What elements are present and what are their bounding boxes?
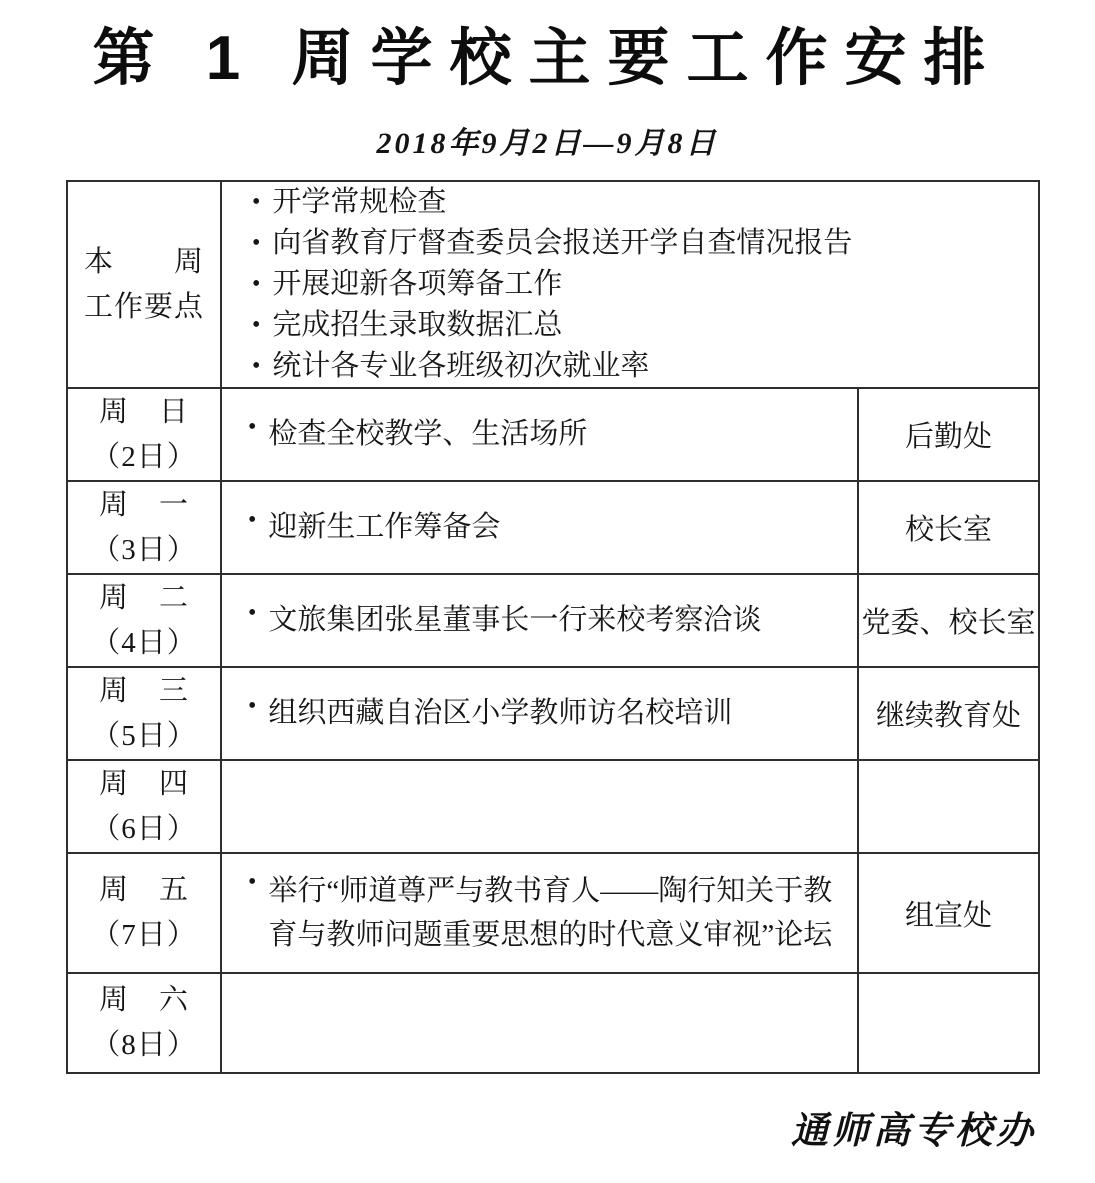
bullet-icon: • <box>252 264 260 305</box>
day-row-saturday: 周 六 （8日） <box>68 972 1038 1072</box>
day-row-monday: 周 一 （3日） • 迎新生工作筹备会 校长室 <box>68 480 1038 573</box>
summary-label-cell: 本 周 工作要点 <box>68 182 222 387</box>
tasks-cell: • 迎新生工作筹备会 <box>222 482 857 573</box>
bullet-icon: • <box>248 600 256 627</box>
summary-item: • 开展迎新各项筹备工作 <box>252 264 1026 305</box>
department-cell: 党委、校长室 <box>857 575 1038 666</box>
day-row-sunday: 周 日 （2日） • 检查全校教学、生活场所 后勤处 <box>68 387 1038 480</box>
bullet-icon: • <box>252 305 260 346</box>
schedule-table: 本 周 工作要点 • 开学常规检查 • 向省教育厅督查委员会报送开学自查情况报告… <box>66 180 1040 1074</box>
bullet-icon: • <box>252 182 260 223</box>
summary-tasks-cell: • 开学常规检查 • 向省教育厅督查委员会报送开学自查情况报告 • 开展迎新各项… <box>222 182 1038 387</box>
bullet-icon: • <box>248 693 256 720</box>
department-cell <box>857 974 1038 1072</box>
department-cell: 组宣处 <box>857 854 1038 972</box>
day-date: （4日） <box>91 621 197 666</box>
department-cell: 校长室 <box>857 482 1038 573</box>
task-item: • 检查全校教学、生活场所 <box>248 414 845 455</box>
summary-item: • 开学常规检查 <box>252 182 1026 223</box>
day-row-tuesday: 周 二 （4日） • 文旅集团张星董事长一行来校考察洽谈 党委、校长室 <box>68 573 1038 666</box>
day-cell: 周 三 （5日） <box>68 668 222 759</box>
bullet-icon: • <box>248 507 256 534</box>
bullet-icon: • <box>252 346 260 387</box>
day-name: 周 六 <box>99 978 189 1023</box>
department-cell: 继续教育处 <box>857 668 1038 759</box>
task-item: • 文旅集团张星董事长一行来校考察洽谈 <box>248 600 845 641</box>
tasks-cell: • 文旅集团张星董事长一行来校考察洽谈 <box>222 575 857 666</box>
task-text: 文旅集团张星董事长一行来校考察洽谈 <box>268 600 845 641</box>
bullet-icon: • <box>248 869 256 896</box>
day-name: 周 五 <box>99 868 189 913</box>
day-row-friday: 周 五 （7日） • 举行“师道尊严与教书育人——陶行知关于教育与教师问题重要思… <box>68 852 1038 972</box>
department-cell <box>857 761 1038 852</box>
page-title: 第 1 周学校主要工作安排 <box>0 0 1095 98</box>
day-date: （8日） <box>91 1023 197 1068</box>
day-cell: 周 六 （8日） <box>68 974 222 1072</box>
summary-item-text: 开展迎新各项筹备工作 <box>272 264 1026 305</box>
summary-item-text: 完成招生录取数据汇总 <box>272 305 1026 346</box>
summary-item: • 统计各专业各班级初次就业率 <box>252 346 1026 387</box>
day-date: （7日） <box>91 913 197 958</box>
day-cell: 周 二 （4日） <box>68 575 222 666</box>
tasks-cell <box>222 761 857 852</box>
issuer-signature: 通师高专校办 <box>0 1100 1095 1154</box>
day-cell: 周 五 （7日） <box>68 854 222 972</box>
day-name: 周 二 <box>99 576 189 621</box>
day-name: 周 四 <box>99 762 189 807</box>
summary-item-text: 开学常规检查 <box>272 182 1026 223</box>
department-cell: 后勤处 <box>857 389 1038 480</box>
tasks-cell: • 检查全校教学、生活场所 <box>222 389 857 480</box>
document-page: 第 1 周学校主要工作安排 2018年9月2日—9月8日 本 周 工作要点 • … <box>0 0 1095 1183</box>
tasks-cell: • 举行“师道尊严与教书育人——陶行知关于教育与教师问题重要思想的时代意义审视”… <box>222 854 857 972</box>
day-row-thursday: 周 四 （6日） <box>68 759 1038 852</box>
summary-label-line1: 本 周 <box>84 240 204 285</box>
day-cell: 周 日 （2日） <box>68 389 222 480</box>
date-range: 2018年9月2日—9月8日 <box>0 124 1095 164</box>
task-item: • 组织西藏自治区小学教师访名校培训 <box>248 693 845 734</box>
day-cell: 周 一 （3日） <box>68 482 222 573</box>
summary-row: 本 周 工作要点 • 开学常规检查 • 向省教育厅督查委员会报送开学自查情况报告… <box>68 182 1038 387</box>
task-text: 迎新生工作筹备会 <box>268 507 845 548</box>
day-date: （6日） <box>91 807 197 852</box>
day-date: （2日） <box>91 435 197 480</box>
day-cell: 周 四 （6日） <box>68 761 222 852</box>
task-item: • 迎新生工作筹备会 <box>248 507 845 548</box>
day-name: 周 三 <box>99 669 189 714</box>
summary-item: • 完成招生录取数据汇总 <box>252 305 1026 346</box>
day-date: （3日） <box>91 528 197 573</box>
day-date: （5日） <box>91 714 197 759</box>
day-name: 周 一 <box>99 483 189 528</box>
task-text: 举行“师道尊严与教书育人——陶行知关于教育与教师问题重要思想的时代意义审视”论坛 <box>268 869 845 957</box>
task-text: 检查全校教学、生活场所 <box>268 414 845 455</box>
bullet-icon: • <box>252 223 260 264</box>
tasks-cell: • 组织西藏自治区小学教师访名校培训 <box>222 668 857 759</box>
day-row-wednesday: 周 三 （5日） • 组织西藏自治区小学教师访名校培训 继续教育处 <box>68 666 1038 759</box>
tasks-cell <box>222 974 857 1072</box>
task-text: 组织西藏自治区小学教师访名校培训 <box>268 693 845 734</box>
day-name: 周 日 <box>99 390 189 435</box>
summary-label-line2: 工作要点 <box>84 285 204 330</box>
summary-item-text: 统计各专业各班级初次就业率 <box>272 346 1026 387</box>
bullet-icon: • <box>248 414 256 441</box>
summary-item: • 向省教育厅督查委员会报送开学自查情况报告 <box>252 223 1026 264</box>
summary-item-text: 向省教育厅督查委员会报送开学自查情况报告 <box>272 223 1026 264</box>
task-item: • 举行“师道尊严与教书育人——陶行知关于教育与教师问题重要思想的时代意义审视”… <box>248 869 845 957</box>
